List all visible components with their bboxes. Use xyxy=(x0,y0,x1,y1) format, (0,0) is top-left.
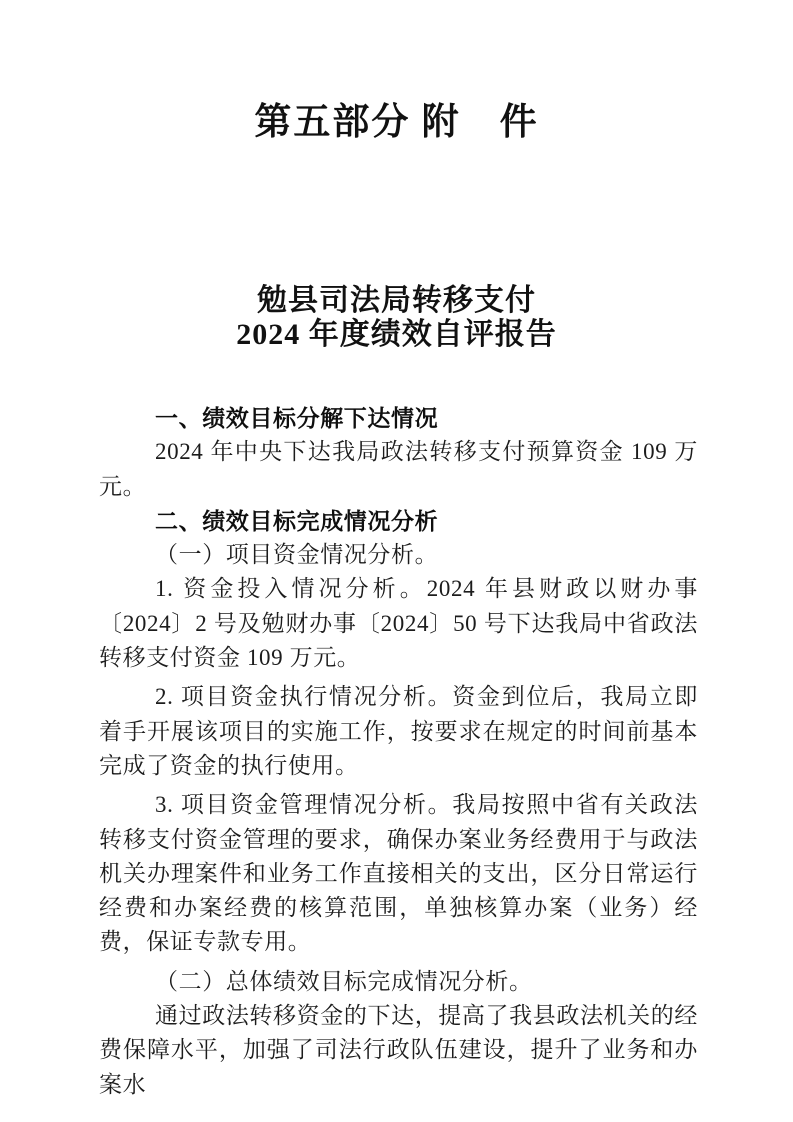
subsection-heading-overall-performance: （二）总体绩效目标完成情况分析。 xyxy=(99,965,698,999)
section-heading-2: 二、绩效目标完成情况分析 xyxy=(99,504,698,538)
document-page: 第五部分 附 件 勉县司法局转移支付 2024 年度绩效自评报告 一、绩效目标分… xyxy=(0,0,793,1122)
part-heading: 第五部分 附 件 xyxy=(0,0,793,143)
section-heading-1: 一、绩效目标分解下达情况 xyxy=(99,401,698,435)
paragraph-budget-issued: 2024 年中央下达我局政法转移支付预算资金 109 万元。 xyxy=(99,435,698,504)
subsection-heading-funds-analysis: （一）项目资金情况分析。 xyxy=(99,538,698,572)
report-title-line-1: 勉县司法局转移支付 xyxy=(0,284,793,318)
paragraph-fund-management-analysis: 3. 项目资金管理情况分析。我局按照中省有关政法转移支付资金管理的要求，确保办案… xyxy=(99,788,698,959)
report-title: 勉县司法局转移支付 2024 年度绩效自评报告 xyxy=(0,284,793,352)
report-body: 一、绩效目标分解下达情况 2024 年中央下达我局政法转移支付预算资金 109 … xyxy=(0,401,793,1102)
paragraph-overall-performance: 通过政法转移资金的下达，提高了我县政法机关的经费保障水平，加强了司法行政队伍建设… xyxy=(99,999,698,1102)
report-title-line-2: 2024 年度绩效自评报告 xyxy=(0,318,793,352)
paragraph-fund-execution-analysis: 2. 项目资金执行情况分析。资金到位后，我局立即着手开展该项目的实施工作，按要求… xyxy=(99,680,698,783)
paragraph-fund-input-analysis: 1. 资金投入情况分析。2024 年县财政以财办事〔2024〕2 号及勉财办事〔… xyxy=(99,572,698,675)
